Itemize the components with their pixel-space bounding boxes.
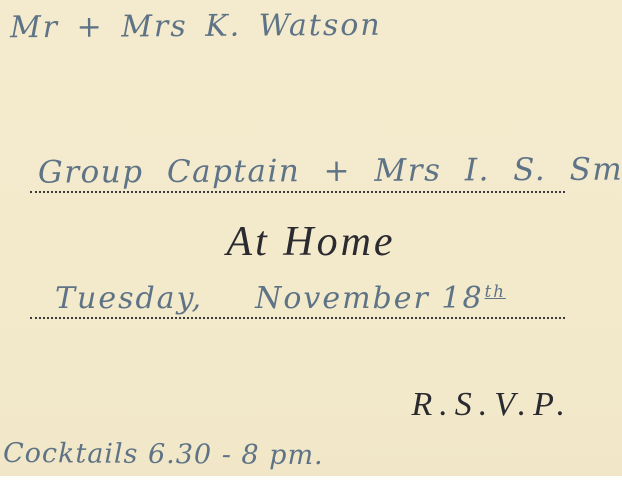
scan-edge-artifact <box>0 476 622 480</box>
date-month-text: November 18th <box>255 284 506 314</box>
date-day-text: Tuesday, <box>55 284 203 314</box>
cocktails-note-handwriting: Cocktails 6.30 - 8 pm. <box>3 440 324 469</box>
host-names-handwriting: Group Captain + Mrs I. S. Smith <box>38 154 622 188</box>
date-month-day: November 18 <box>255 281 483 316</box>
rsvp-label: R.S.V.P. <box>411 388 572 422</box>
invitation-card: Mr + Mrs K. Watson Group Captain + Mrs I… <box>0 0 622 480</box>
host-fill-in-dotted-line <box>30 191 565 193</box>
at-home-title: At Home <box>0 221 622 263</box>
date-ordinal-suffix: th <box>485 282 506 301</box>
date-handwriting: Tuesday, November 18th <box>55 284 506 314</box>
addressee-handwriting: Mr + Mrs K. Watson <box>10 11 382 44</box>
date-fill-in-dotted-line <box>30 317 565 319</box>
